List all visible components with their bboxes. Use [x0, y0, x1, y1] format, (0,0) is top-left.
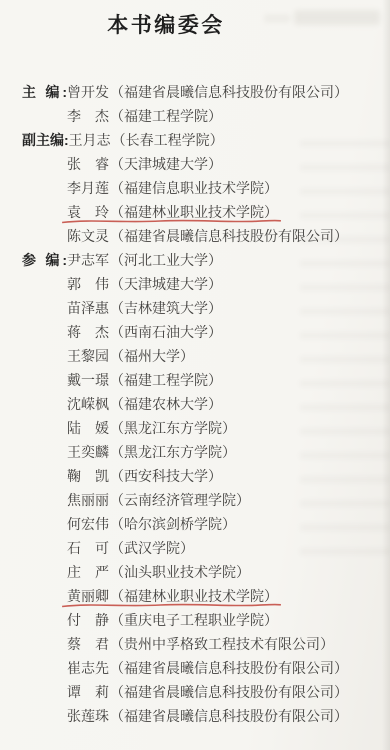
member-entry: 石 可（武汉学院）	[67, 538, 194, 558]
member-org: （福建林业职业技术学院）	[110, 588, 278, 604]
member-org: （福建省晨曦信息科技股份有限公司）	[110, 84, 348, 100]
member-name: 石 可	[67, 538, 110, 558]
committee-row: 戴一璟（福建工程学院）	[22, 368, 382, 392]
member-entry: 张 睿（天津城建大学）	[67, 154, 222, 174]
member-name: 尹志军	[67, 250, 110, 270]
committee-row: 袁 玲（福建林业职业技术学院）	[22, 200, 382, 224]
member-entry: 戴一璟（福建工程学院）	[67, 370, 222, 390]
member-org: （福建省晨曦信息科技股份有限公司）	[110, 708, 348, 724]
committee-row: 王奕麟（黑龙江东方学院）	[22, 440, 382, 464]
member-org: （天津城建大学）	[110, 156, 222, 172]
member-entry: 陆 媛（黑龙江东方学院）	[67, 418, 236, 438]
role-label: 副主编:	[22, 130, 69, 150]
committee-row: 张莲珠（福建省晨曦信息科技股份有限公司）	[22, 704, 382, 728]
member-entry: 袁 玲（福建林业职业技术学院）	[67, 202, 278, 222]
role-label: 参 编:	[22, 250, 67, 270]
member-name: 李月莲	[67, 178, 110, 198]
committee-row: 李 杰（福建工程学院）	[22, 104, 382, 128]
member-name: 李 杰	[67, 106, 110, 126]
member-name: 崔志先	[67, 658, 110, 678]
member-name: 陈文灵	[67, 226, 110, 246]
member-entry: 庄 严（汕头职业技术学院）	[67, 562, 250, 582]
committee-row: 崔志先（福建省晨曦信息科技股份有限公司）	[22, 656, 382, 680]
committee-row: 副主编: 王月志（长春工程学院）	[22, 128, 382, 152]
member-name: 王奕麟	[67, 442, 110, 462]
committee-row: 王黎园（福州大学）	[22, 344, 382, 368]
member-org: （重庆电子工程职业学院）	[110, 612, 278, 628]
member-org: （贵州中孚格致工程技术有限公司）	[110, 636, 334, 652]
member-org: （吉林建筑大学）	[110, 300, 222, 316]
member-name: 何宏伟	[67, 514, 110, 534]
committee-row: 何宏伟（哈尔滨剑桥学院）	[22, 512, 382, 536]
committee-row: 沈嵘枫（福建农林大学）	[22, 392, 382, 416]
member-org: （哈尔滨剑桥学院）	[110, 516, 236, 532]
committee-row: 李月莲（福建信息职业技术学院）	[22, 176, 382, 200]
member-entry: 陈文灵（福建省晨曦信息科技股份有限公司）	[67, 226, 348, 246]
committee-row: 谭 莉（福建省晨曦信息科技股份有限公司）	[22, 680, 382, 704]
role-label: 主 编:	[22, 82, 67, 102]
member-entry: 何宏伟（哈尔滨剑桥学院）	[67, 514, 236, 534]
committee-list: 主 编: 曾开发（福建省晨曦信息科技股份有限公司） 李 杰（福建工程学院） 副主…	[22, 80, 382, 728]
member-org: （天津城建大学）	[110, 276, 222, 292]
member-entry: 王月志（长春工程学院）	[69, 130, 224, 150]
committee-row: 陈文灵（福建省晨曦信息科技股份有限公司）	[22, 224, 382, 248]
member-name: 付 静	[67, 610, 110, 630]
member-name: 陆 媛	[67, 418, 110, 438]
member-org: （西安科技大学）	[110, 468, 222, 484]
committee-row: 付 静（重庆电子工程职业学院）	[22, 608, 382, 632]
member-org: （西南石油大学）	[110, 324, 222, 340]
member-name: 戴一璟	[67, 370, 110, 390]
committee-row: 参 编: 尹志军（河北工业大学）	[22, 248, 382, 272]
member-name: 蔡 君	[67, 634, 110, 654]
member-org: （长春工程学院）	[112, 132, 224, 148]
member-entry: 焦丽丽（云南经济管理学院）	[67, 490, 250, 510]
member-org: （福建省晨曦信息科技股份有限公司）	[110, 684, 348, 700]
committee-row: 蒋 杰（西南石油大学）	[22, 320, 382, 344]
member-org: （福建林业职业技术学院）	[110, 204, 278, 220]
member-entry: 谭 莉（福建省晨曦信息科技股份有限公司）	[67, 682, 348, 702]
member-org: （云南经济管理学院）	[110, 492, 250, 508]
member-name: 王月志	[69, 130, 112, 150]
member-entry: 崔志先（福建省晨曦信息科技股份有限公司）	[67, 658, 348, 678]
committee-row: 鞠 凯（西安科技大学）	[22, 464, 382, 488]
committee-row: 庄 严（汕头职业技术学院）	[22, 560, 382, 584]
member-entry: 黄丽卿（福建林业职业技术学院）	[67, 586, 278, 606]
committee-row: 张 睿（天津城建大学）	[22, 152, 382, 176]
scanned-book-page: 本书编委会 主 编: 曾开发（福建省晨曦信息科技股份有限公司） 李 杰（福建工程…	[0, 0, 390, 750]
member-entry: 郭 伟（天津城建大学）	[67, 274, 222, 294]
member-entry: 李月莲（福建信息职业技术学院）	[67, 178, 278, 198]
member-name: 焦丽丽	[67, 490, 110, 510]
member-entry: 苗泽惠（吉林建筑大学）	[67, 298, 222, 318]
member-entry: 蔡 君（贵州中孚格致工程技术有限公司）	[67, 634, 334, 654]
page-title: 本书编委会	[0, 9, 332, 39]
committee-row: 焦丽丽（云南经济管理学院）	[22, 488, 382, 512]
member-entry: 张莲珠（福建省晨曦信息科技股份有限公司）	[67, 706, 348, 726]
member-org: （福建省晨曦信息科技股份有限公司）	[110, 228, 348, 244]
member-name: 庄 严	[67, 562, 110, 582]
member-name: 苗泽惠	[67, 298, 110, 318]
member-org: （福建工程学院）	[110, 372, 222, 388]
member-entry: 王黎园（福州大学）	[67, 346, 194, 366]
committee-row: 陆 媛（黑龙江东方学院）	[22, 416, 382, 440]
member-name: 张莲珠	[67, 706, 110, 726]
member-entry: 沈嵘枫（福建农林大学）	[67, 394, 222, 414]
committee-row: 黄丽卿（福建林业职业技术学院）	[22, 584, 382, 608]
member-org: （武汉学院）	[110, 540, 194, 556]
member-entry: 李 杰（福建工程学院）	[67, 106, 222, 126]
member-name: 张 睿	[67, 154, 110, 174]
member-org: （河北工业大学）	[110, 252, 222, 268]
member-name: 黄丽卿	[67, 586, 110, 606]
member-org: （福建省晨曦信息科技股份有限公司）	[110, 660, 348, 676]
member-org: （福建信息职业技术学院）	[110, 180, 278, 196]
member-name: 袁 玲	[67, 202, 110, 222]
member-org: （福建工程学院）	[110, 108, 222, 124]
member-name: 谭 莉	[67, 682, 110, 702]
member-org: （汕头职业技术学院）	[110, 564, 250, 580]
member-name: 曾开发	[67, 82, 110, 102]
member-org: （黑龙江东方学院）	[110, 444, 236, 460]
member-name: 蒋 杰	[67, 322, 110, 342]
member-entry: 鞠 凯（西安科技大学）	[67, 466, 222, 486]
member-org: （黑龙江东方学院）	[110, 420, 236, 436]
member-entry: 蒋 杰（西南石油大学）	[67, 322, 222, 342]
member-name: 郭 伟	[67, 274, 110, 294]
member-entry: 尹志军（河北工业大学）	[67, 250, 222, 270]
member-entry: 曾开发（福建省晨曦信息科技股份有限公司）	[67, 82, 348, 102]
committee-row: 蔡 君（贵州中孚格致工程技术有限公司）	[22, 632, 382, 656]
member-entry: 王奕麟（黑龙江东方学院）	[67, 442, 236, 462]
scan-artifact	[382, 0, 390, 750]
member-name: 鞠 凯	[67, 466, 110, 486]
committee-row: 石 可（武汉学院）	[22, 536, 382, 560]
member-entry: 付 静（重庆电子工程职业学院）	[67, 610, 278, 630]
member-name: 王黎园	[67, 346, 110, 366]
member-org: （福州大学）	[110, 348, 194, 364]
committee-row: 苗泽惠（吉林建筑大学）	[22, 296, 382, 320]
committee-row: 郭 伟（天津城建大学）	[22, 272, 382, 296]
member-org: （福建农林大学）	[110, 396, 222, 412]
committee-row: 主 编: 曾开发（福建省晨曦信息科技股份有限公司）	[22, 80, 382, 104]
member-name: 沈嵘枫	[67, 394, 110, 414]
